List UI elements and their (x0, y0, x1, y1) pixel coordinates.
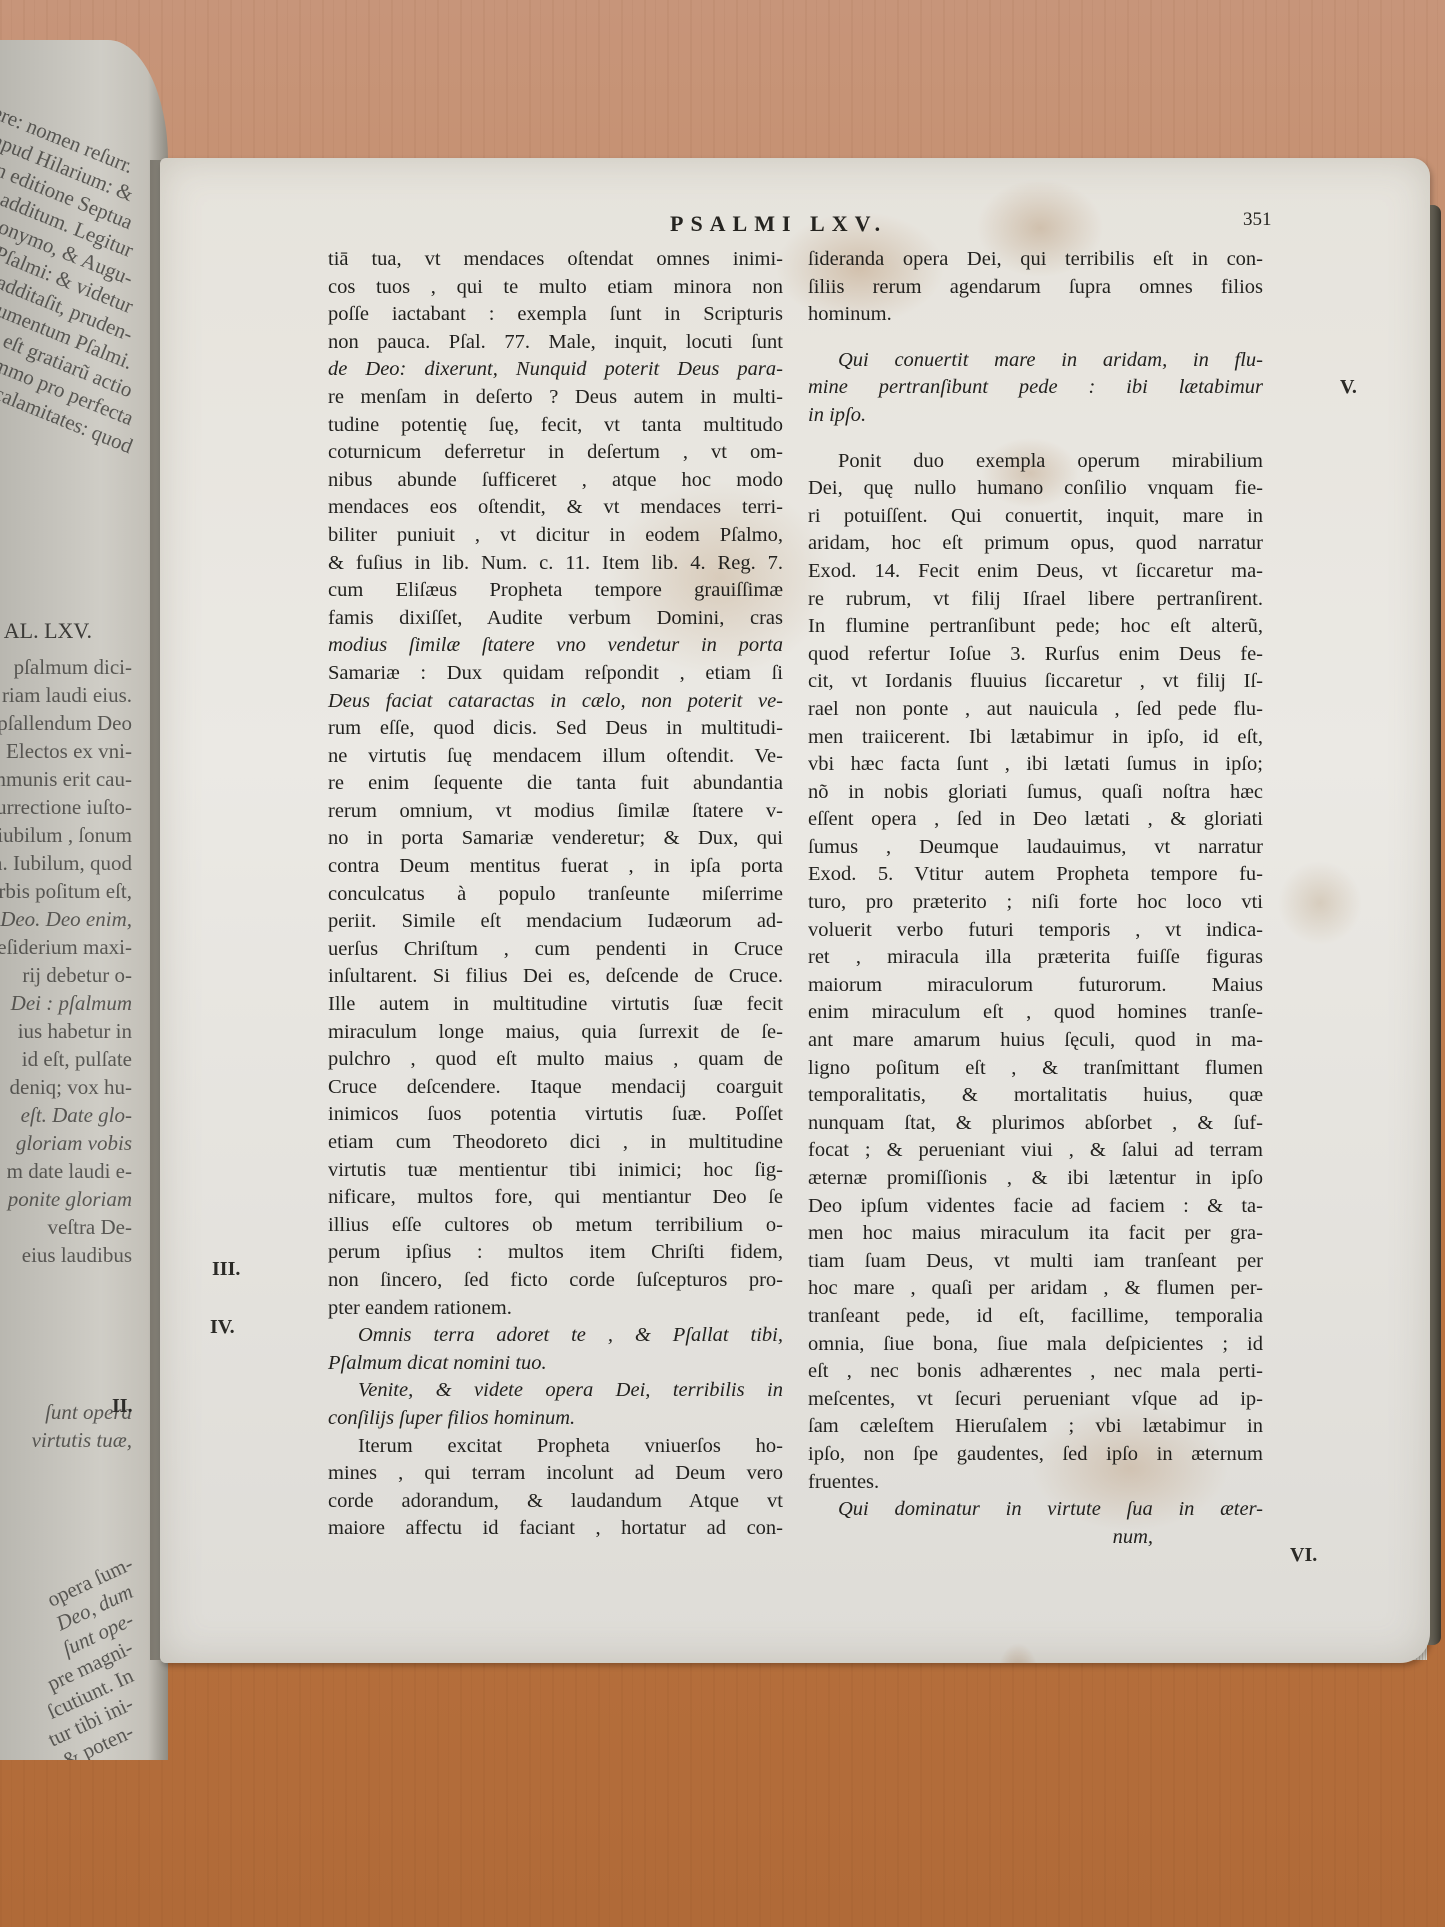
verse-iii-line: Omnis terra adoret te , & Pſallat tibi, (328, 1322, 783, 1350)
commentary-line: omnia, ſiue bona, ſiue mala deſpicientes… (808, 1331, 1263, 1359)
verse-v-line: in ipſo. (808, 402, 1263, 430)
commentary-line: inſultarent. Si filius Dei es, deſcende … (328, 963, 783, 991)
commentary-line: fruentes. (808, 1469, 1263, 1497)
commentary-line: corde adorandum, & laudandum Atque vt (328, 1488, 783, 1516)
commentary-line: ligno poſitum eſt , & tranſmittant flume… (808, 1055, 1263, 1083)
commentary-line: rerum omnium, vt modius ſimilæ ſtatere v… (328, 798, 783, 826)
commentary-line: ſam cæleſtem Hieruſalem ; vbi lætabimur … (808, 1413, 1263, 1441)
commentary-line: temporalitatis, & mortalitatis huius, qu… (808, 1082, 1263, 1110)
commentary-line: eſt , nec bonis adhærentes , nec mala pe… (808, 1358, 1263, 1386)
commentary-line: Deo ipſum videntes facie ad faciem : & t… (808, 1193, 1263, 1221)
commentary-line: Iterum excitat Propheta vniuerſos ho- (328, 1433, 783, 1461)
verse-v-line: mine pertranſibunt pede : ibi lætabimur (808, 374, 1263, 402)
book-page-351: PSALMI LXV. 351 tiā tua, vt mendaces oſt… (160, 158, 1430, 1663)
commentary-line: rum eſſe, quod dicis. Sed Deus in multit… (328, 715, 783, 743)
page-number: 351 (1243, 209, 1272, 231)
verse-marker-vi: VI. (1290, 1544, 1317, 1567)
commentary-line: Ponit duo exempla operum mirabilium (808, 448, 1263, 476)
facing-page-line: eius laudibus (22, 1243, 132, 1268)
verse-v-line: Qui conuertit mare in aridam, in flu- (808, 347, 1263, 375)
facing-page-line: eſt. Date glo- (21, 1103, 132, 1128)
verse-vi-line: Qui dominatur in virtute ſua in æter- (808, 1496, 1263, 1524)
facing-page-line: veſtra De- (47, 1215, 132, 1240)
commentary-line: Samariæ : Dux quidam reſpondit , etiam ſ… (328, 660, 783, 688)
commentary-line: ne virtutis ſuę mendacem illum oſtendit.… (328, 743, 783, 771)
facing-page-line: riam laudi eius. (2, 683, 132, 708)
commentary-line: men traiicerent. Ibi lætabimur in ipſo, … (808, 724, 1263, 752)
commentary-line: uerſus Chriſtum , cum pendenti in Cruce (328, 936, 783, 964)
facing-page-line: ſurrectione iuſto- (0, 795, 132, 820)
commentary-line: ſideranda opera Dei, qui terribilis eſt … (808, 246, 1263, 274)
commentary-line: Ille autem in multitudine virtutis ſuæ f… (328, 991, 783, 1019)
commentary-line: ipſo, non ſpe gaudentes, ſed ipſo in æte… (808, 1441, 1263, 1469)
verse-marker-v: V. (1340, 376, 1357, 399)
commentary-line: men hoc maius miraculum ita facit per gr… (808, 1220, 1263, 1248)
verse-vi-line: num, (808, 1524, 1263, 1552)
text-column-left: tiā tua, vt mendaces oſtendat omnes inim… (328, 246, 783, 1543)
commentary-line: Exod. 5. Vtitur autem Propheta tempore f… (808, 861, 1263, 889)
commentary-line: mines , qui terram incolunt ad Deum vero (328, 1460, 783, 1488)
facing-page-line: mmunis erit cau- (0, 767, 132, 792)
commentary-line: aridam, hoc eſt primum opus, quod narrat… (808, 530, 1263, 558)
commentary-line: re rubrum, vt filij Iſrael libere pertra… (808, 586, 1263, 614)
verse-iii-line: Pſalmum dicat nomini tuo. (328, 1350, 783, 1378)
commentary-line: enim miraculum eſt , quod homines tranſe… (808, 999, 1263, 1027)
facing-page-left: AL. LXV.dere: nomen reſurr.apud Hilarium… (0, 40, 168, 1760)
commentary-line: nõ in nobis gloriati ſumus, quaſi noſtra… (808, 779, 1263, 807)
commentary-line: maiorum miraculorum futurorum. Maius (808, 972, 1263, 1000)
commentary-line: poſſe iactabant : exempla ſunt in Script… (328, 301, 783, 329)
commentary-line: no in porta Samariæ venderetur; & Dux, q… (328, 825, 783, 853)
commentary-line: Exod. 14. Fecit enim Deus, vt ſiccaretur… (808, 558, 1263, 586)
commentary-line: ſumus , Deumque laudauimus, vt narratur (808, 834, 1263, 862)
verse-iv-line: Venite, & videte opera Dei, terribilis i… (328, 1377, 783, 1405)
commentary-line: rael non ponte , aut nauicula , ſed pede… (808, 696, 1263, 724)
commentary-line: æternæ promiſſionis , & ibi lætentur in … (808, 1165, 1263, 1193)
commentary-line: Deus faciat cataractas in cælo, non pote… (328, 688, 783, 716)
verse-marker-iii: III. (212, 1258, 240, 1281)
facing-page-line: pſallendum Deo (0, 711, 132, 736)
commentary-line: conculcatus à populo tranſeunte miſerrim… (328, 881, 783, 909)
commentary-line: focat ; & perueniant viui , & ſalui ad t… (808, 1137, 1263, 1165)
commentary-line: tudine potentię ſuę, fecit, vt tanta mul… (328, 412, 783, 440)
page-header: PSALMI LXV. 351 (160, 211, 1430, 241)
commentary-line: ant mare amarum huius ſęculi, quod in ma… (808, 1027, 1263, 1055)
commentary-line: quod refertur Ioſue 3. Rurſus enim Deus … (808, 641, 1263, 669)
commentary-line: Dei, quę nullo humano conſilio vnquam fi… (808, 475, 1263, 503)
commentary-line: tranſeant pede, id eſt, facillime, tempo… (808, 1303, 1263, 1331)
commentary-line: ret , miracula illa præterita fuiſſe fig… (808, 944, 1263, 972)
commentary-line: perum ipſius : multos item Chriſti fidem… (328, 1239, 783, 1267)
facing-page-line: ius habetur in (18, 1019, 132, 1044)
commentary-line: illius eſſe cultores ob metum terribiliu… (328, 1212, 783, 1240)
commentary-line: periit. Simile eſt mendacium Iudæorum ad… (328, 908, 783, 936)
commentary-line: cos tuos , qui te multo etiam minora non (328, 274, 783, 302)
commentary-line: Cruce deſcendere. Itaque mendacij coargu… (328, 1074, 783, 1102)
facing-page-line: ponite gloriam (8, 1187, 132, 1212)
commentary-line: famis dixiſſet, Audite verbum Domini, cr… (328, 605, 783, 633)
commentary-line: pter eandem rationem. (328, 1295, 783, 1323)
commentary-line: voluerit verbo futuri temporis , vt indi… (808, 917, 1263, 945)
commentary-line: de Deo: dixerunt, Nunquid poterit Deus p… (328, 356, 783, 384)
paragraph-gap (808, 329, 1263, 347)
facing-page-line: erbis poſitum eſt, (0, 879, 132, 904)
commentary-line: miraculum longe maius, quia ſurrexit de … (328, 1019, 783, 1047)
commentary-line: non pauca. Pſal. 77. Male, inquit, locut… (328, 329, 783, 357)
paragraph-gap (808, 430, 1263, 448)
facing-running-head: AL. LXV. (4, 618, 92, 644)
commentary-line: turo, pro præterito ; niſi forte hoc loc… (808, 889, 1263, 917)
commentary-line: nibus abunde ſufficeret , atque hoc modo (328, 467, 783, 495)
commentary-line: re menſam in deſerto ? Deus autem in mul… (328, 384, 783, 412)
verse-iv-line: conſilijs ſuper filios hominum. (328, 1405, 783, 1433)
commentary-line: virtutis tuæ mentientur tibi inimici; ho… (328, 1157, 783, 1185)
commentary-line: ſiliis rerum agendarum ſupra omnes filio… (808, 274, 1263, 302)
facing-page-line: Electos ex vni- (6, 739, 132, 764)
facing-page-text: AL. LXV.dere: nomen reſurr.apud Hilarium… (0, 40, 160, 1760)
commentary-line: tiam ſuam Deus, vt multi iam tranſeant p… (808, 1248, 1263, 1276)
commentary-line: cit, vt Iordanis fluuius ſiccaretur , vt… (808, 668, 1263, 696)
commentary-line: contra Deum mentitus fuerat , in ipſa po… (328, 853, 783, 881)
facing-page-line: Dei : pſalmum (11, 991, 132, 1016)
commentary-line: maiore affectu id faciant , hortatur ad … (328, 1515, 783, 1543)
commentary-line: eſſent opera , ſed in Deo lætati , & glo… (808, 806, 1263, 834)
running-head: PSALMI LXV. (670, 211, 887, 237)
commentary-line: & fuſius in lib. Num. c. 11. Item lib. 4… (328, 550, 783, 578)
commentary-line: ri potuiſſent. Qui conuertit, inquit, ma… (808, 503, 1263, 531)
commentary-line: biliter puniuit , vt dicitur in eodem Pſ… (328, 522, 783, 550)
text-column-right: ſideranda opera Dei, qui terribilis eſt … (808, 246, 1263, 1551)
commentary-line: non ſincero, ſed ficto corde ſuſcepturos… (328, 1267, 783, 1295)
commentary-line: nunquam ſtat, & plurimos abſorbet , & ſu… (808, 1110, 1263, 1138)
verse-marker-iv: IV. (210, 1316, 235, 1339)
commentary-line: pulchro , quod eſt multo maius , quam de (328, 1046, 783, 1074)
commentary-line: etiam cum Theodoreto dici , in multitudi… (328, 1129, 783, 1157)
facing-page-line: pſalmum dici- (14, 655, 132, 680)
commentary-line: modius ſimilæ ſtatere vno vendetur in po… (328, 632, 783, 660)
facing-verse-marker: II. (112, 1395, 133, 1418)
commentary-line: nificare, multos fore, qui mentiantur De… (328, 1184, 783, 1212)
facing-page-line: rij debetur o- (22, 963, 132, 988)
commentary-line: coturnicum deferretur in deſertum , vt o… (328, 439, 783, 467)
commentary-line: hoc mare , quaſi per aridam , & flumen p… (808, 1275, 1263, 1303)
commentary-line: hominum. (808, 301, 1263, 329)
commentary-line: cum Eliſæus Propheta tempore grauiſſimæ (328, 577, 783, 605)
facing-page-line: m date laudi e- (7, 1159, 132, 1184)
commentary-line: meſcentes, vt ſecuri perueniant vſque ad… (808, 1386, 1263, 1414)
facing-page-line: gloriam vobis (16, 1131, 132, 1156)
commentary-line: re enim ſequente die tanta fuit abundant… (328, 770, 783, 798)
commentary-line: vbi hæc facta ſunt , ibi lætati ſumus in… (808, 751, 1263, 779)
commentary-line: tiā tua, vt mendaces oſtendat omnes inim… (328, 246, 783, 274)
commentary-line: mendaces eos oſtendit, & vt mendaces ter… (328, 494, 783, 522)
facing-page-line: virtutis tuæ, (32, 1428, 132, 1453)
facing-page-line: am. Iubilum, quod (0, 851, 132, 876)
facing-page-line: deniq; vox hu- (10, 1075, 132, 1100)
commentary-line: inimicos ſuos potentia virtutis ſuæ. Poſ… (328, 1101, 783, 1129)
facing-page-line: deſiderium maxi- (0, 935, 132, 960)
commentary-line: In flumine pertranſibunt pede; hoc eſt a… (808, 613, 1263, 641)
facing-page-line: id eſt, pulſate (22, 1047, 132, 1072)
facing-page-line: iubilum , ſonum (0, 823, 132, 848)
facing-page-line: e Deo. Deo enim, (0, 907, 132, 932)
